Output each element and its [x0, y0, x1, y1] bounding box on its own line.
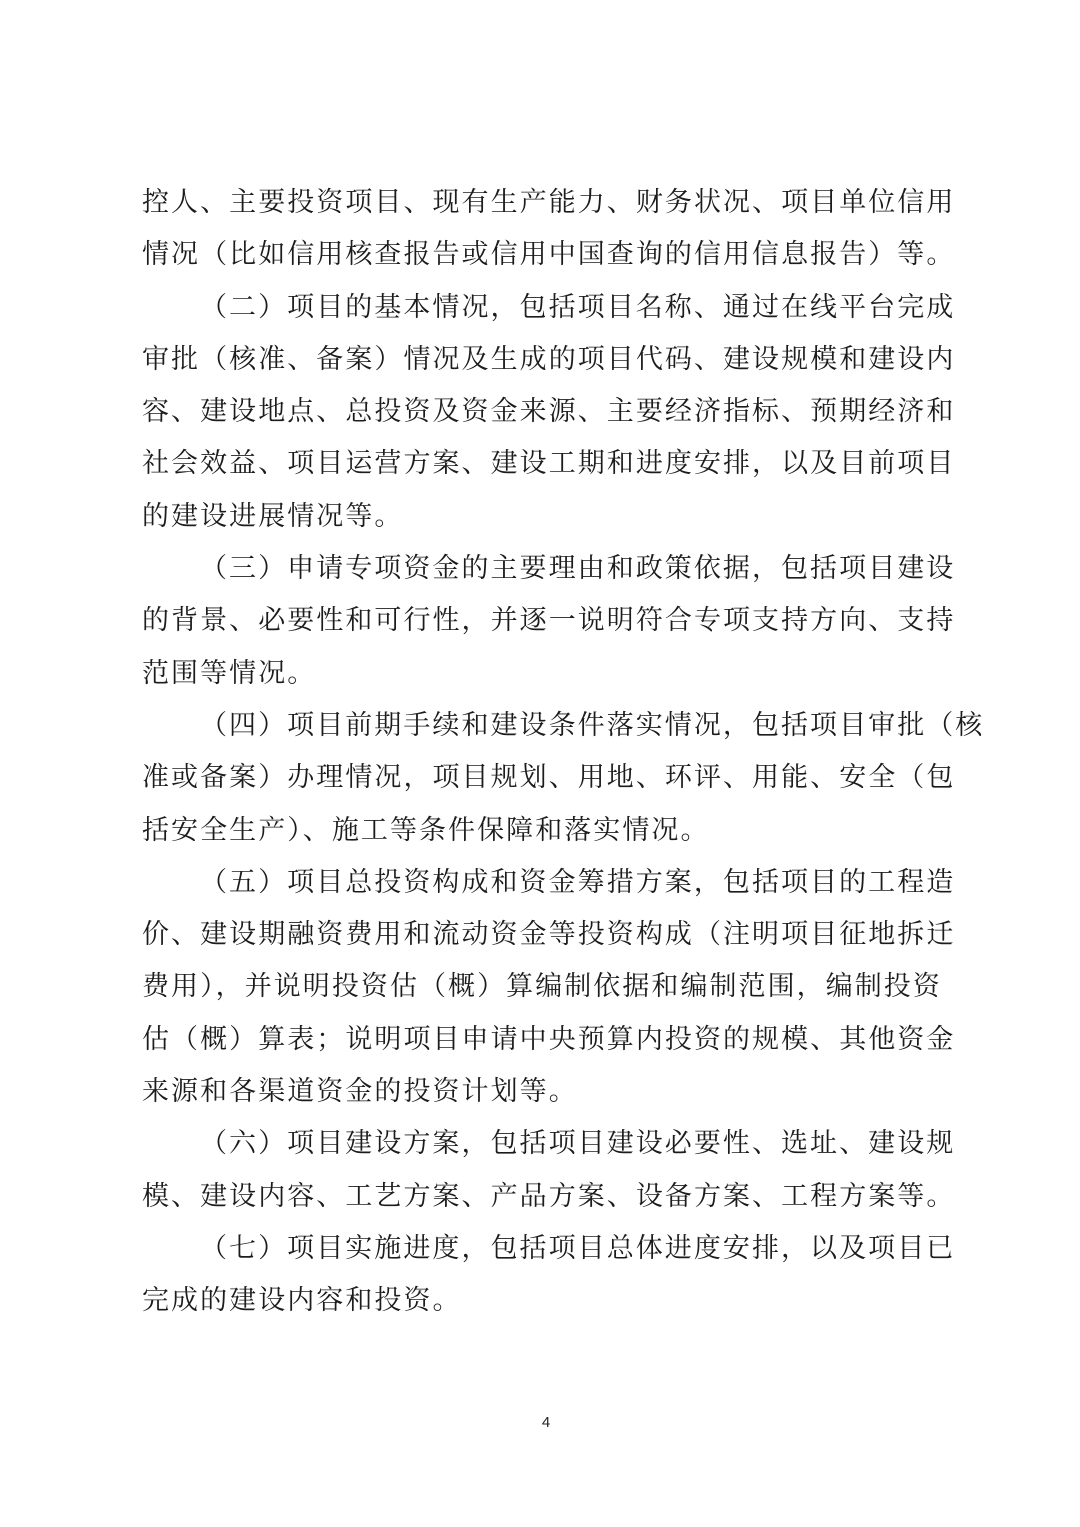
document-body: 控人、主要投资项目、现有生产能力、财务状况、项目单位信用 情况（比如信用核查报告… — [142, 177, 956, 1328]
text-line: 来源和各渠道资金的投资计划等。 — [142, 1066, 956, 1118]
text-line: 的建设进展情况等。 — [142, 491, 956, 543]
text-line: 情况（比如信用核查报告或信用中国查询的信用信息报告）等。 — [142, 229, 956, 281]
paragraph-item-3: （三）申请专项资金的主要理由和政策依据，包括项目建设 的背景、必要性和可行性，并… — [142, 543, 956, 700]
text-line: （七）项目实施进度，包括项目总体进度安排，以及项目已 — [142, 1223, 956, 1275]
text-line: （二）项目的基本情况，包括项目名称、通过在线平台完成 — [142, 282, 956, 334]
text-line: （六）项目建设方案，包括项目建设必要性、选址、建设规 — [142, 1118, 956, 1170]
text-line: 估（概）算表；说明项目申请中央预算内投资的规模、其他资金 — [142, 1014, 956, 1066]
text-line: 的背景、必要性和可行性，并逐一说明符合专项支持方向、支持 — [142, 595, 956, 647]
text-line: 控人、主要投资项目、现有生产能力、财务状况、项目单位信用 — [142, 177, 956, 229]
text-line: （四）项目前期手续和建设条件落实情况，包括项目审批（核 — [142, 700, 956, 752]
text-line: 模、建设内容、工艺方案、产品方案、设备方案、工程方案等。 — [142, 1171, 956, 1223]
paragraph-item-6: （六）项目建设方案，包括项目建设必要性、选址、建设规 模、建设内容、工艺方案、产… — [142, 1118, 956, 1223]
text-line: （五）项目总投资构成和资金筹措方案，包括项目的工程造 — [142, 857, 956, 909]
text-line: 括安全生产）、施工等条件保障和落实情况。 — [142, 805, 956, 857]
text-line: 范围等情况。 — [142, 648, 956, 700]
document-page: 控人、主要投资项目、现有生产能力、财务状况、项目单位信用 情况（比如信用核查报告… — [0, 0, 1080, 1527]
page-number: 4 — [538, 1414, 554, 1431]
paragraph-item-4: （四）项目前期手续和建设条件落实情况，包括项目审批（核 准或备案）办理情况，项目… — [142, 700, 956, 857]
paragraph-continuation: 控人、主要投资项目、现有生产能力、财务状况、项目单位信用 情况（比如信用核查报告… — [142, 177, 956, 282]
text-line: 社会效益、项目运营方案、建设工期和进度安排，以及目前项目 — [142, 438, 956, 490]
paragraph-item-7: （七）项目实施进度，包括项目总体进度安排，以及项目已 完成的建设内容和投资。 — [142, 1223, 956, 1328]
text-line: 审批（核准、备案）情况及生成的项目代码、建设规模和建设内 — [142, 334, 956, 386]
paragraph-item-2: （二）项目的基本情况，包括项目名称、通过在线平台完成 审批（核准、备案）情况及生… — [142, 282, 956, 543]
text-line: 费用），并说明投资估（概）算编制依据和编制范围，编制投资 — [142, 961, 956, 1013]
text-line: 容、建设地点、总投资及资金来源、主要经济指标、预期经济和 — [142, 386, 956, 438]
text-line: 完成的建设内容和投资。 — [142, 1275, 956, 1327]
text-line: （三）申请专项资金的主要理由和政策依据，包括项目建设 — [142, 543, 956, 595]
text-line: 价、建设期融资费用和流动资金等投资构成（注明项目征地拆迁 — [142, 909, 956, 961]
text-line: 准或备案）办理情况，项目规划、用地、环评、用能、安全（包 — [142, 752, 956, 804]
paragraph-item-5: （五）项目总投资构成和资金筹措方案，包括项目的工程造 价、建设期融资费用和流动资… — [142, 857, 956, 1118]
